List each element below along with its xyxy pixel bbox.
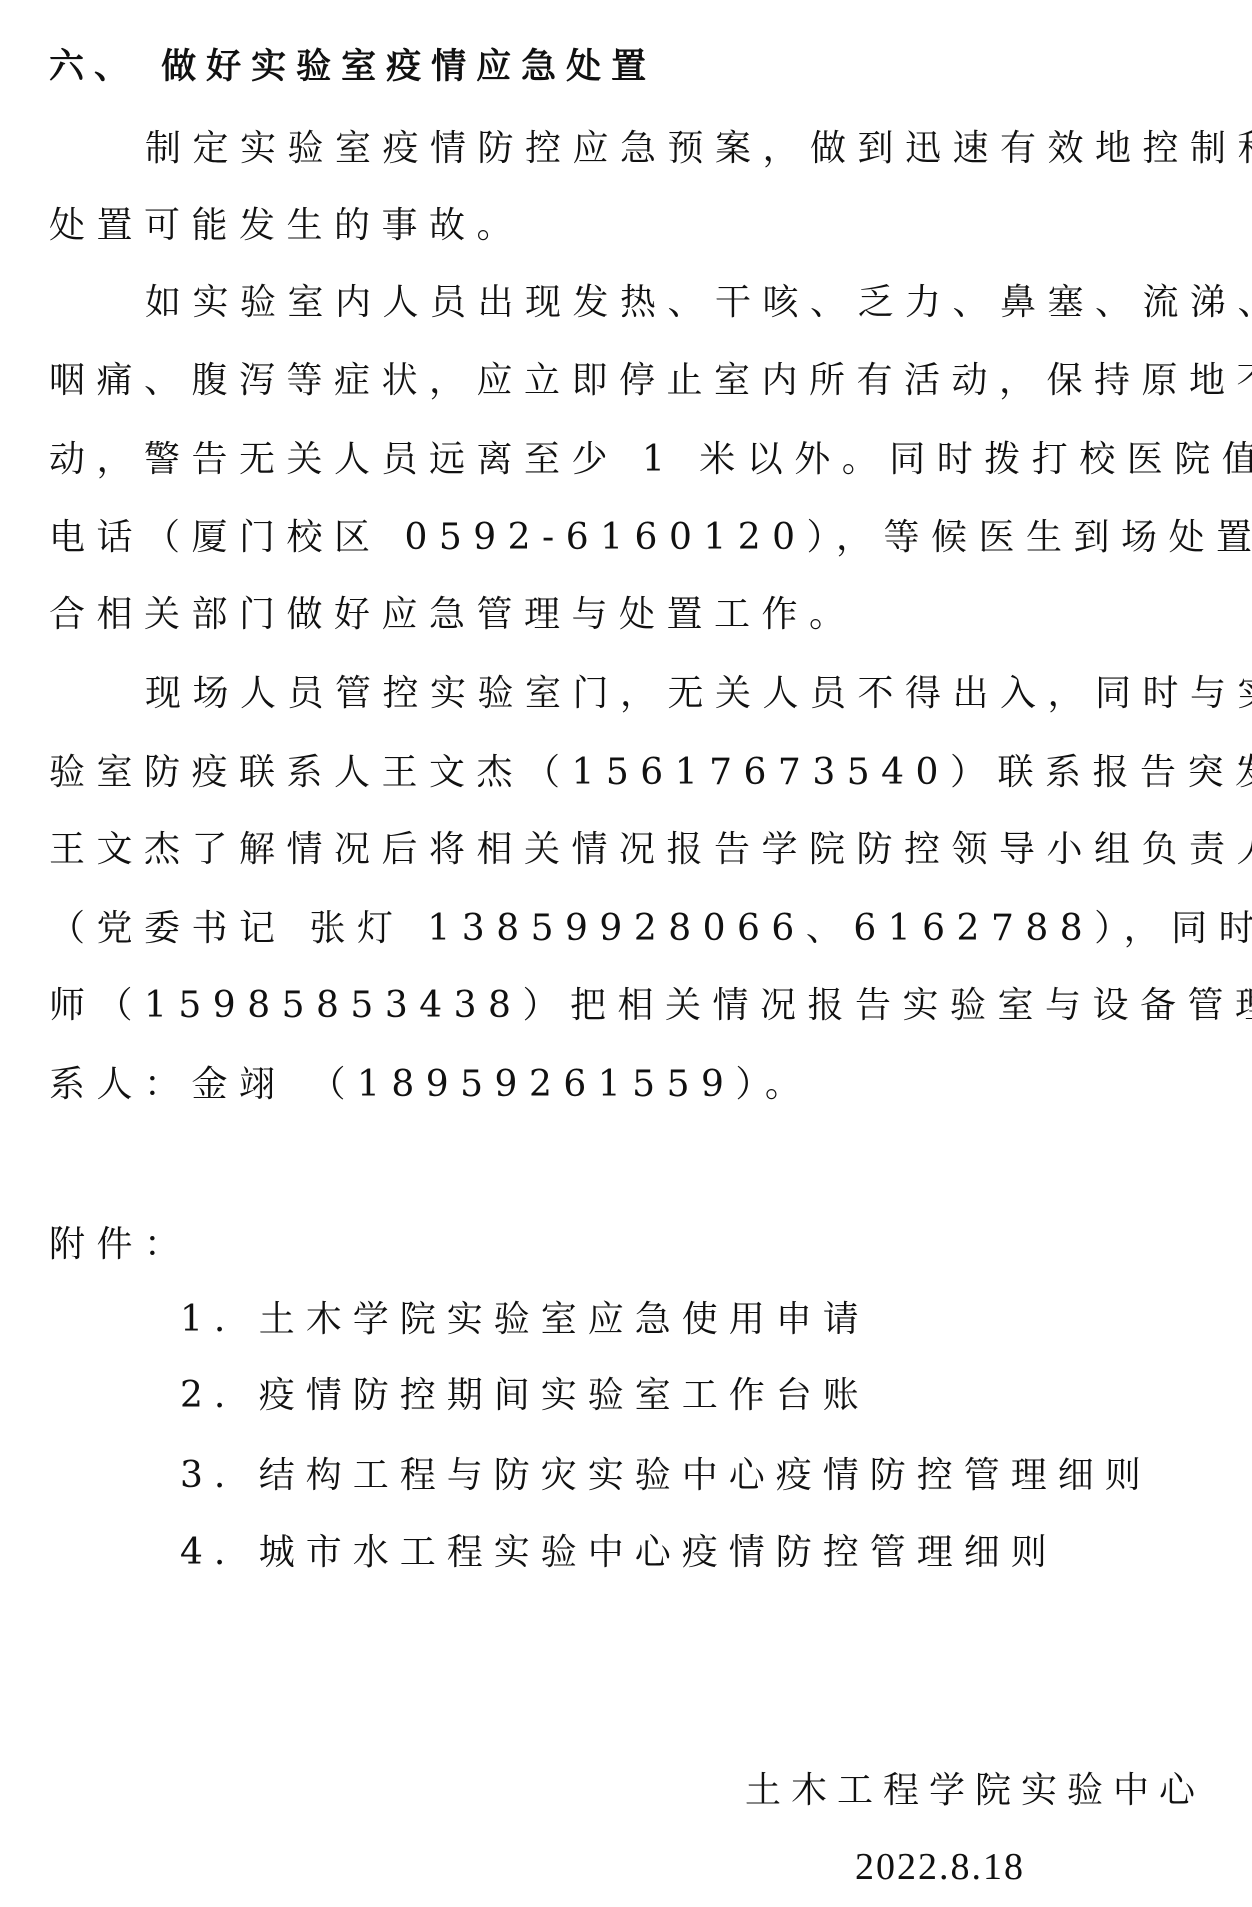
attachment-item: 2. 疫情防控期间实验室工作台账 — [180, 1374, 870, 1418]
paragraph-line: （党委书记 张灯 13859928066、6162788），同时由陈秀峰老 — [49, 907, 1252, 951]
attachment-item: 1. 土木学院实验室应急使用申请 — [180, 1298, 870, 1342]
paragraph-line: 系人：金翊 （18959261559）。 — [49, 1063, 812, 1107]
paragraph-line: 处置可能发生的事故。 — [49, 204, 524, 248]
paragraph-line: 合相关部门做好应急管理与处置工作。 — [49, 593, 857, 637]
attachments-label: 附件： — [49, 1223, 192, 1267]
paragraph-line: 现场人员管控实验室门，无关人员不得出入，同时与实 — [145, 672, 1252, 716]
paragraph-line: 师（15985853438）把相关情况报告实验室与设备管理处（联 — [49, 984, 1252, 1028]
paragraph-line: 电话（厦门校区 0592-6160120），等候医生到场处置，并配 — [49, 516, 1252, 560]
paragraph-line: 王文杰了解情况后将相关情况报告学院防控领导小组负责人 — [49, 828, 1252, 872]
paragraph-line: 验室防疫联系人王文杰（15617673540）联系报告突发事件， — [49, 751, 1252, 795]
section-heading: 六、 做好实验室疫情应急处置 — [49, 45, 656, 89]
signature-date: 2022.8.18 — [855, 1845, 1025, 1889]
signature-organization: 土木工程学院实验中心 — [745, 1769, 1205, 1813]
paragraph-line: 如实验室内人员出现发热、干咳、乏力、鼻塞、流涕、 — [145, 281, 1252, 325]
paragraph-line: 咽痛、腹泻等症状，应立即停止室内所有活动，保持原地不 — [49, 359, 1252, 403]
paragraph-line: 动，警告无关人员远离至少 1 米以外。同时拨打校医院值班 — [49, 438, 1252, 482]
attachment-item: 3. 结构工程与防灾实验中心疫情防控管理细则 — [180, 1454, 1152, 1498]
paragraph-line: 制定实验室疫情防控应急预案，做到迅速有效地控制和 — [145, 127, 1252, 171]
attachment-item: 4. 城市水工程实验中心疫情防控管理细则 — [180, 1531, 1058, 1575]
